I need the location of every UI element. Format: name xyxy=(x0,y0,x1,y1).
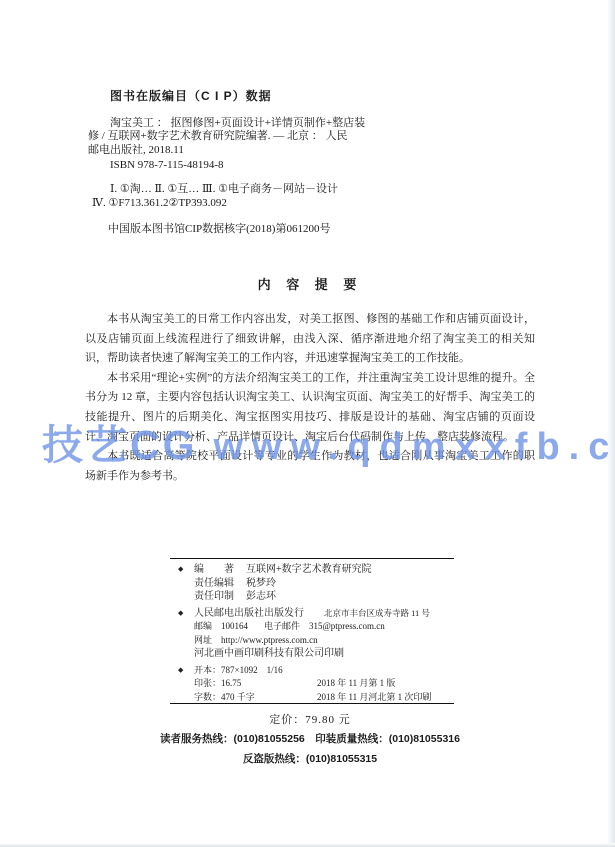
postcode: 邮编 100164 xyxy=(194,620,264,634)
colophon-row: 印张：16.752018 年 11 月第 1 版 xyxy=(178,677,454,691)
publisher-website: 网址 http://www.ptpress.com.cn xyxy=(194,635,318,645)
content-summary-section: 内 容 提 要 本书从淘宝美工的日常工作内容出发，对美工抠图、修图的基础工作和店… xyxy=(85,274,535,486)
diamond-bullet-icon: ◆ xyxy=(178,664,194,678)
colophon-label: 编 著 xyxy=(194,563,246,577)
edition-info: 2018 年 11 月第 1 版 xyxy=(317,678,395,688)
anti-piracy-hotline-line: 反盗版热线：(010)81055315 xyxy=(60,749,560,769)
summary-heading: 内 容 提 要 xyxy=(85,274,535,293)
colophon-row: ◆编 著互联网+数字艺术教育研究院 xyxy=(178,563,454,577)
price-line: 定价：79.80 元 xyxy=(85,711,535,727)
summary-paragraph: 本书从淘宝美工的日常工作内容出发，对美工抠图、修图的基础工作和店铺页面设计，以及… xyxy=(85,310,535,369)
cip-title-line: 邮电出版社, 2018.11 xyxy=(88,144,543,158)
service-hotline-line: 读者服务热线：(010)81055256 印装质量热线：(010)8105531… xyxy=(60,729,560,749)
colophon-value: 彭志环 xyxy=(246,591,276,602)
cip-title-line: 淘宝美工 ： 抠图修图+页面设计+详情页制作+整店装 xyxy=(110,117,543,131)
page-edge-shadow-bottom xyxy=(0,843,615,847)
page-edge-shadow-right xyxy=(607,0,615,847)
summary-paragraph: 本书采用“理论+实例”的方法介绍淘宝美工的工作，并注重淘宝美工设计思维的提升。全… xyxy=(85,369,535,447)
hotlines-block: 读者服务热线：(010)81055256 印装质量热线：(010)8105531… xyxy=(60,729,560,769)
colophon-value: 税梦玲 xyxy=(246,578,276,589)
word-count: 字数：470 千字 xyxy=(194,691,317,705)
colophon-row: 邮编 100164电子邮件 315@ptpress.com.cn xyxy=(178,620,454,634)
colophon-value: 互联网+数字艺术教育研究院 xyxy=(246,564,372,575)
cip-classification-line: Ⅳ. ①F713.361.2②TP393.092 xyxy=(92,197,543,211)
cip-classification-line: Ⅰ. ①淘… Ⅱ. ①互… Ⅲ. ①电子商务－网站－设计 xyxy=(110,183,543,197)
diamond-bullet-icon: ◆ xyxy=(178,563,194,577)
sheet-count: 印张：16.75 xyxy=(194,677,317,691)
isbn-number: ISBN 978-7-115-48194-8 xyxy=(110,159,543,173)
cip-block: 图书在版编目（C I P）数据 淘宝美工 ： 抠图修图+页面设计+详情页制作+整… xyxy=(88,90,543,237)
cip-title-line: 修 / 互联网+数字艺术教育研究院编著. — 北京 ： 人民 xyxy=(88,130,543,144)
publisher-email: 电子邮件 315@ptpress.com.cn xyxy=(264,621,385,631)
format-spec: 开本：787×1092 1/16 xyxy=(194,665,283,675)
colophon-label: 责任印制 xyxy=(194,590,246,604)
colophon-row: 责任编辑税梦玲 xyxy=(178,577,454,591)
colophon-block: ◆编 著互联网+数字艺术教育研究院 责任编辑税梦玲 责任印制彭志环 ◆人民邮电出… xyxy=(170,558,454,704)
summary-paragraph: 本书既适合高等院校平面设计等专业的学生作为教材，也适合刚从事淘宝美工工作的职场新… xyxy=(85,447,535,486)
printing-info: 2018 年 11 月河北第 1 次印刷 xyxy=(317,692,431,702)
colophon-row: ◆开本：787×1092 1/16 xyxy=(178,664,454,678)
publisher-address: 北京市丰台区成寿寺路 11 号 xyxy=(324,608,430,618)
diamond-bullet-icon: ◆ xyxy=(178,607,194,621)
printer-name: 河北画中画印刷科技有限公司印刷 xyxy=(194,648,344,659)
colophon-label: 责任编辑 xyxy=(194,577,246,591)
cip-heading: 图书在版编目（C I P）数据 xyxy=(110,90,543,104)
book-copyright-page: { "cip": { "heading": "图书在版编目（C I P）数据",… xyxy=(0,0,615,847)
colophon-row: 河北画中画印刷科技有限公司印刷 xyxy=(178,647,454,661)
colophon-row: 字数：470 千字2018 年 11 月河北第 1 次印刷 xyxy=(178,691,454,705)
colophon-label: 人民邮电出版社出版发行 xyxy=(194,607,324,621)
colophon-row: 责任印制彭志环 xyxy=(178,590,454,604)
cip-record-number: 中国版本图书馆CIP数据核字(2018)第061200号 xyxy=(108,223,543,237)
colophon-row: 网址 http://www.ptpress.com.cn xyxy=(178,634,454,648)
colophon-row: ◆人民邮电出版社出版发行北京市丰台区成寿寺路 11 号 xyxy=(178,607,454,621)
